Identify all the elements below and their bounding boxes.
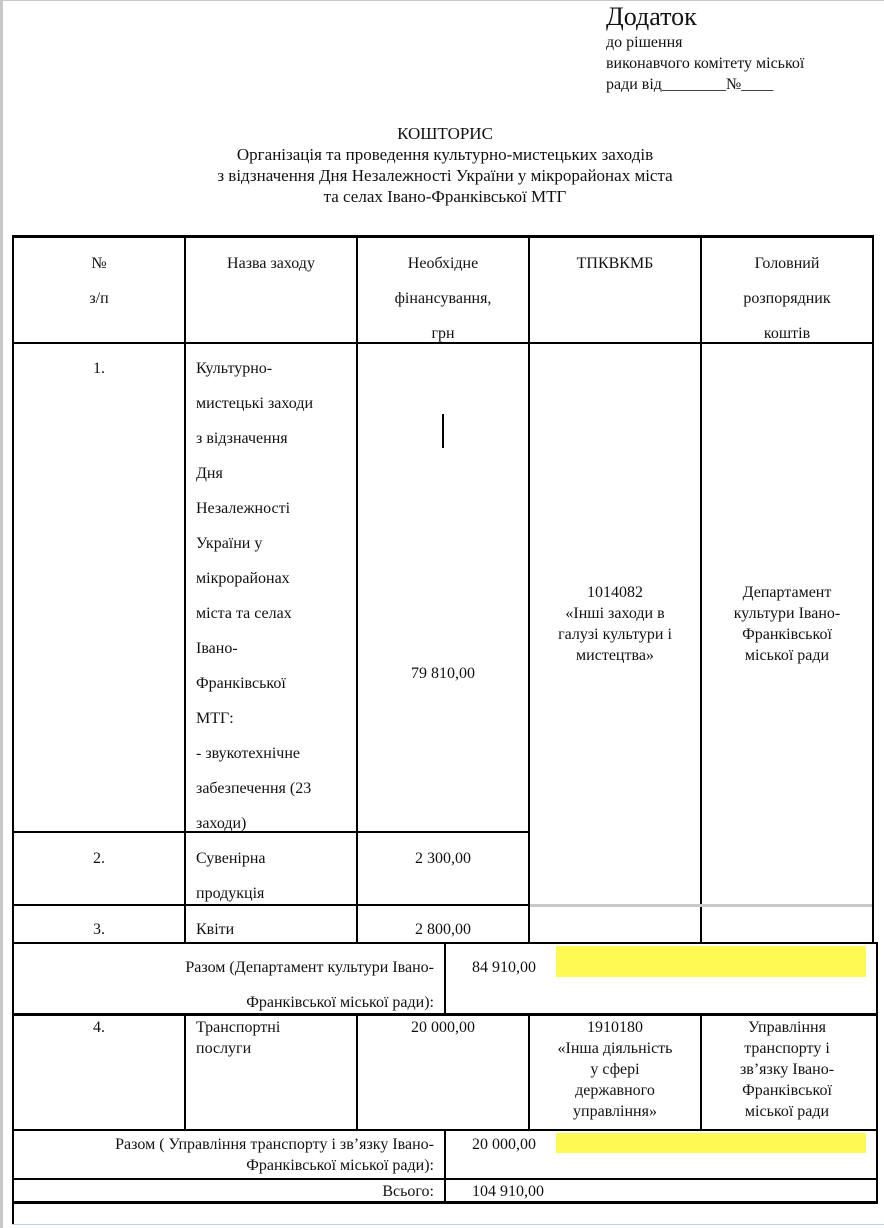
header-financing-line: фінансування, <box>358 281 528 316</box>
row1-name: Культурно-мистецькі заходиз відзначенняД… <box>196 351 354 841</box>
page-top-edge <box>0 0 884 1</box>
code-line: галузі культури і <box>530 624 700 645</box>
manager-line: Франківської <box>702 624 872 645</box>
row2-name: Сувенірна продукція <box>196 841 354 911</box>
code-line: «Інші заходи в <box>530 603 700 624</box>
name-line: заходи) <box>196 806 354 841</box>
name-line: продукція <box>196 876 354 911</box>
subtotal2-label: Разом ( Управління транспорту і зв’язку … <box>14 1134 434 1176</box>
group1-code: 1014082 «Інші заходи в галузі культури і… <box>530 582 700 666</box>
manager-line: Департамент <box>702 582 872 603</box>
highlight-mark <box>556 946 866 977</box>
header-financing-line: Необхідне <box>358 246 528 281</box>
addendum-block: Додаток до рішення виконавчого комітету … <box>606 2 804 95</box>
row3-number: 3. <box>14 912 184 947</box>
row3-name: Квіти <box>196 912 354 947</box>
soft-rule <box>530 904 872 907</box>
header-name: Назва заходу <box>186 246 356 281</box>
header-number: № з/п <box>14 246 184 316</box>
name-line: Незалежності <box>196 491 354 526</box>
name-line: Дня <box>196 456 354 491</box>
name-line: Транспортні <box>196 1017 354 1038</box>
document-subtitle-line: Організація та проведення культурно-мист… <box>120 144 770 165</box>
page-bottom-rule <box>12 1224 884 1225</box>
row4-amount[interactable]: 20 000,00 <box>358 1017 528 1038</box>
row2-amount[interactable]: 2 300,00 <box>358 841 528 876</box>
code-line: у сфері <box>530 1059 700 1080</box>
table-border <box>12 235 874 238</box>
row4-name: Транспортні послуги <box>196 1017 354 1059</box>
document-subtitle-line: та селах Івано-Франківської МТГ <box>120 186 770 207</box>
row2-number: 2. <box>14 841 184 876</box>
code-line: 1014082 <box>530 582 700 603</box>
table-border <box>184 1013 186 1130</box>
highlight-mark <box>556 1133 866 1153</box>
name-line: - звукотехнічне <box>196 736 354 771</box>
header-number-line: з/п <box>14 281 184 316</box>
header-manager-line: коштів <box>702 316 872 351</box>
document-subtitle-line: з відзначення Дня Незалежності України у… <box>120 165 770 186</box>
header-financing: Необхідне фінансування, грн <box>358 246 528 351</box>
code-line: 1910180 <box>530 1017 700 1038</box>
group1-manager: Департамент культури Івано- Франківської… <box>702 582 872 666</box>
header-manager: Головний розпорядник коштів <box>702 246 872 351</box>
addendum-line: ради від________№____ <box>606 74 804 95</box>
row4-manager: Управління транспорту і зв’язку Івано- Ф… <box>702 1017 872 1122</box>
subtotal1-label: Разом (Департамент культури Івано- Франк… <box>14 950 434 1020</box>
header-code-line: ТПКВКМБ <box>530 246 700 281</box>
label-line: Франківської міської ради): <box>14 1155 434 1176</box>
name-line: забезпечення (23 <box>196 771 354 806</box>
header-financing-line: грн <box>358 316 528 351</box>
code-line: мистецтва» <box>530 645 700 666</box>
name-line: Івано- <box>196 631 354 666</box>
addendum-line: до рішення <box>606 32 804 53</box>
total-amount[interactable]: 104 910,00 <box>472 1181 592 1202</box>
table-border <box>12 1178 878 1180</box>
name-line: Франківської <box>196 666 354 701</box>
manager-line: міської ради <box>702 645 872 666</box>
name-line: мистецькі заходи <box>196 386 354 421</box>
row4-number: 4. <box>14 1017 184 1038</box>
text-caret <box>442 414 444 448</box>
manager-line: Управління <box>702 1017 872 1038</box>
label-line: Разом ( Управління транспорту і зв’язку … <box>14 1134 434 1155</box>
row1-number: 1. <box>14 351 184 386</box>
code-line: «Інша діяльність <box>530 1038 700 1059</box>
subtotal1-amount[interactable]: 84 910,00 <box>472 950 592 985</box>
table-border <box>444 1129 446 1203</box>
manager-line: культури Івано- <box>702 603 872 624</box>
manager-line: Франківської <box>702 1080 872 1101</box>
name-line: Культурно- <box>196 351 354 386</box>
row4-code: 1910180 «Інша діяльність у сфері державн… <box>530 1017 700 1122</box>
header-name-line: Назва заходу <box>186 246 356 281</box>
header-manager-line: розпорядник <box>702 281 872 316</box>
manager-line: транспорту і <box>702 1038 872 1059</box>
header-code: ТПКВКМБ <box>530 246 700 281</box>
name-line: послуги <box>196 1038 354 1059</box>
label-line: Франківської міської ради): <box>14 985 434 1020</box>
name-line: міста та селах <box>196 596 354 631</box>
manager-line: міської ради <box>702 1101 872 1122</box>
document-title: КОШТОРИС <box>120 124 770 144</box>
table-border <box>876 943 878 1203</box>
code-line: державного <box>530 1080 700 1101</box>
table-border <box>444 942 446 1014</box>
name-line: МТГ: <box>196 701 354 736</box>
header-number-line: № <box>14 246 184 281</box>
table-border <box>184 235 186 943</box>
header-manager-line: Головний <box>702 246 872 281</box>
row3-amount[interactable]: 2 800,00 <box>358 912 528 947</box>
label-line: Разом (Департамент культури Івано- <box>14 950 434 985</box>
name-line: України у <box>196 526 354 561</box>
subtotal2-amount[interactable]: 20 000,00 <box>472 1134 592 1155</box>
manager-line: зв’язку Івано- <box>702 1059 872 1080</box>
row1-amount[interactable]: 79 810,00 <box>358 656 528 691</box>
name-line: Сувенірна <box>196 841 354 876</box>
total-label: Всього: <box>14 1181 434 1202</box>
page-left-edge <box>0 0 3 1228</box>
addendum-line: виконавчого комітету міської <box>606 53 804 74</box>
addendum-title: Додаток <box>606 2 804 32</box>
name-line: з відзначення <box>196 421 354 456</box>
code-line: управління» <box>530 1101 700 1122</box>
name-line: мікрорайонах <box>196 561 354 596</box>
document-heading: КОШТОРИС Організація та проведення культ… <box>120 124 770 207</box>
